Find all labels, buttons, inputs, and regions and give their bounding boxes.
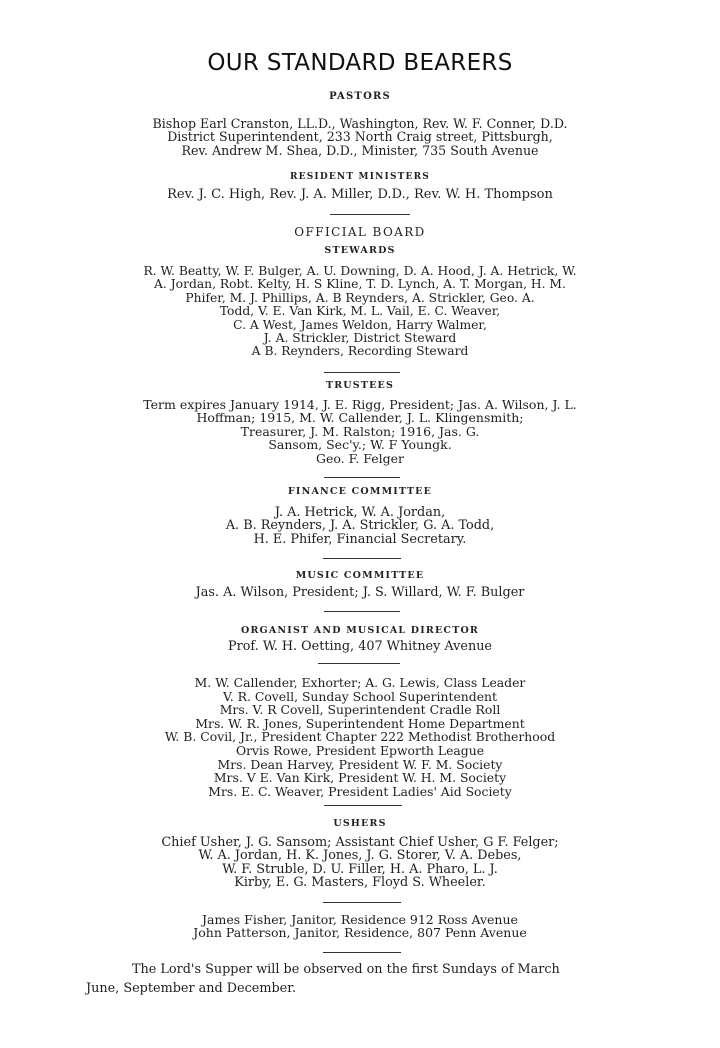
resident-ministers-list: Rev. J. C. High, Rev. J. A. Miller, D.D.… <box>60 188 660 201</box>
resident-ministers-heading: RESIDENT MINISTERS <box>0 172 720 182</box>
organist-heading: ORGANIST AND MUSICAL DIRECTOR <box>0 625 720 636</box>
finance-committee-line: H. E. Phifer, Financial Secretary. <box>60 533 660 546</box>
document-page: OUR STANDARD BEARERS PASTORS Bishop Earl… <box>0 0 720 1048</box>
ushers-list: Chief Usher, J. G. Sansom; Assistant Chi… <box>60 836 660 890</box>
janitors-line: John Patterson, Janitor, Residence, 807 … <box>60 926 660 939</box>
officers-line: Orvis Rowe, President Epworth League <box>60 744 660 758</box>
lords-supper-note-line1: The Lord's Supper will be observed on th… <box>132 961 560 979</box>
official-board-heading: OFFICIAL BOARD <box>0 225 720 239</box>
divider <box>318 663 400 664</box>
pastors-line: District Superintendent, 233 North Craig… <box>60 130 660 143</box>
divider <box>324 805 402 806</box>
divider <box>323 952 401 953</box>
officers-line: W. B. Covil, Jr., President Chapter 222 … <box>60 730 660 744</box>
stewards-line: J. A. Strickler, District Steward <box>60 332 660 345</box>
ushers-line: W. A. Jordan, H. K. Jones, J. G. Storer,… <box>60 849 660 862</box>
finance-committee-list: J. A. Hetrick, W. A. Jordan, A. B. Reynd… <box>60 506 660 546</box>
stewards-line: A. Jordan, Robt. Kelty, H. S Kline, T. D… <box>60 278 660 291</box>
officers-line: Mrs. W. R. Jones, Superintendent Home De… <box>60 717 660 731</box>
stewards-line: Todd, V. E. Van Kirk, M. L. Vail, E. C. … <box>60 305 660 318</box>
organist-line: Prof. W. H. Oetting, 407 Whitney Avenue <box>60 640 660 653</box>
pastors-line: Rev. Andrew M. Shea, D.D., Minister, 735… <box>60 144 660 157</box>
divider <box>323 902 401 903</box>
officers-line: M. W. Callender, Exhorter; A. G. Lewis, … <box>60 676 660 690</box>
divider <box>324 372 400 373</box>
ushers-line: Chief Usher, J. G. Sansom; Assistant Chi… <box>60 836 660 849</box>
divider <box>324 477 400 478</box>
pastors-line: Bishop Earl Cranston, LL.D., Washington,… <box>60 117 660 130</box>
trustees-line: Sansom, Sec'y.; W. F Youngk. <box>60 438 660 451</box>
pastors-heading: PASTORS <box>0 91 720 102</box>
trustees-line: Geo. F. Felger <box>60 452 660 465</box>
page-title: OUR STANDARD BEARERS <box>0 50 720 76</box>
officers-line: Mrs. V E. Van Kirk, President W. H. M. S… <box>60 771 660 785</box>
stewards-line: Phifer, M. J. Phillips, A. B Reynders, A… <box>60 292 660 305</box>
ushers-line: Kirby, E. G. Masters, Floyd S. Wheeler. <box>60 876 660 889</box>
officers-list: M. W. Callender, Exhorter; A. G. Lewis, … <box>60 676 660 798</box>
ushers-line: W. F. Struble, D. U. Filler, H. A. Pharo… <box>60 863 660 876</box>
ushers-heading: USHERS <box>0 818 720 829</box>
trustees-line: Hoffman; 1915, M. W. Callender, J. L. Kl… <box>60 411 660 424</box>
organist-list: Prof. W. H. Oetting, 407 Whitney Avenue <box>60 640 660 653</box>
resident-ministers-line: Rev. J. C. High, Rev. J. A. Miller, D.D.… <box>60 188 660 201</box>
music-committee-heading: MUSIC COMMITTEE <box>0 570 720 581</box>
janitors-line: James Fisher, Janitor, Residence 912 Ros… <box>60 913 660 926</box>
stewards-line: A B. Reynders, Recording Steward <box>60 345 660 358</box>
officers-line: Mrs. E. C. Weaver, President Ladies' Aid… <box>60 785 660 799</box>
officers-line: Mrs. Dean Harvey, President W. F. M. Soc… <box>60 758 660 772</box>
divider <box>324 611 400 612</box>
stewards-line: R. W. Beatty, W. F. Bulger, A. U. Downin… <box>60 265 660 278</box>
trustees-line: Term expires January 1914, J. E. Rigg, P… <box>60 398 660 411</box>
stewards-line: C. A West, James Weldon, Harry Walmer, <box>60 319 660 332</box>
officers-line: V. R. Covell, Sunday School Superintende… <box>60 690 660 704</box>
music-committee-line: Jas. A. Wilson, President; J. S. Willard… <box>60 586 660 599</box>
finance-committee-line: A. B. Reynders, J. A. Strickler, G. A. T… <box>60 519 660 532</box>
divider <box>323 558 401 559</box>
janitors-list: James Fisher, Janitor, Residence 912 Ros… <box>60 913 660 940</box>
trustees-heading: TRUSTEES <box>0 380 720 391</box>
finance-committee-heading: FINANCE COMMITTEE <box>0 486 720 497</box>
trustees-line: Treasurer, J. M. Ralston; 1916, Jas. G. <box>60 425 660 438</box>
lords-supper-note-line2: June, September and December. <box>86 980 296 998</box>
finance-committee-line: J. A. Hetrick, W. A. Jordan, <box>60 506 660 519</box>
stewards-list: R. W. Beatty, W. F. Bulger, A. U. Downin… <box>60 265 660 359</box>
pastors-list: Bishop Earl Cranston, LL.D., Washington,… <box>60 117 660 157</box>
officers-line: Mrs. V. R Covell, Superintendent Cradle … <box>60 703 660 717</box>
music-committee-list: Jas. A. Wilson, President; J. S. Willard… <box>60 586 660 599</box>
divider <box>330 214 410 215</box>
stewards-heading: STEWARDS <box>0 245 720 256</box>
trustees-list: Term expires January 1914, J. E. Rigg, P… <box>60 398 660 465</box>
